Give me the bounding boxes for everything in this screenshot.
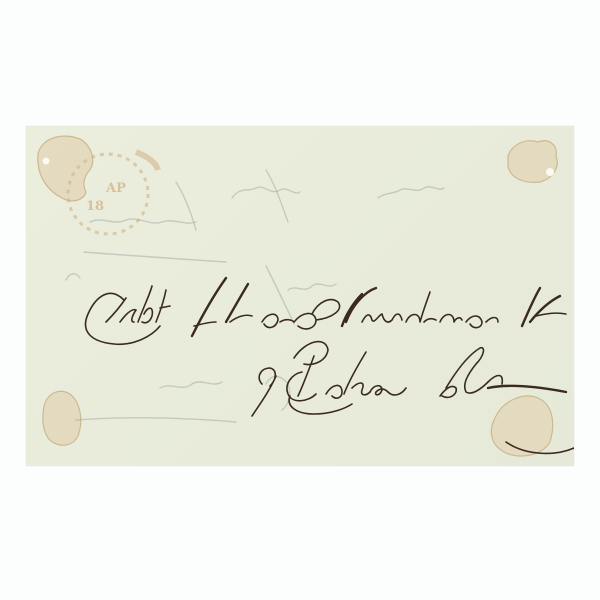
stain-bottom-right [491, 396, 552, 456]
stain-bottom-left [43, 391, 81, 445]
stain-top-left [38, 136, 93, 201]
postmark-text-2: 18 [86, 199, 104, 214]
postmark-text-1: AP [105, 181, 126, 196]
bleed-through-writing [66, 170, 444, 422]
envelope-fragment: AP 18 [26, 126, 574, 466]
envelope-artwork: AP 18 [26, 126, 574, 466]
stain-top-right [508, 141, 557, 183]
address-line-1-ink [86, 278, 566, 344]
